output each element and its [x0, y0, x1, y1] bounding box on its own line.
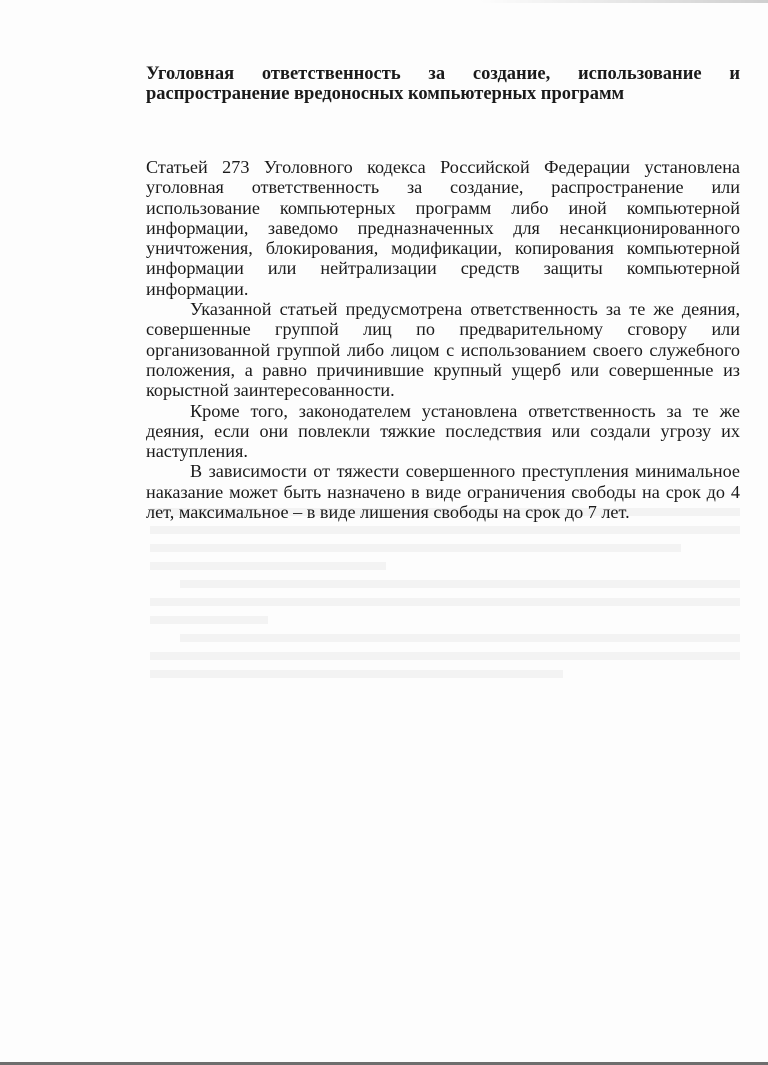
paragraph-2: Указанной статьей предусмотрена ответств…	[146, 299, 740, 400]
title-line-1: Уголовная ответственность за создание, и…	[146, 64, 740, 84]
document-title: Уголовная ответственность за создание, и…	[146, 64, 740, 104]
title-line-2: распространение вредоносных компьютерных…	[146, 84, 740, 104]
document-content: Уголовная ответственность за создание, и…	[146, 64, 740, 522]
bleed-through-shadow	[150, 498, 740, 688]
paragraph-3: Кроме того, законодателем установлена от…	[146, 401, 740, 462]
scan-top-edge	[480, 0, 768, 3]
scanned-page: Уголовная ответственность за создание, и…	[0, 0, 768, 1065]
document-body: Статьей 273 Уголовного кодекса Российско…	[146, 157, 740, 522]
paragraph-1: Статьей 273 Уголовного кодекса Российско…	[146, 157, 740, 299]
paragraph-4: В зависимости от тяжести совершенного пр…	[146, 461, 740, 522]
